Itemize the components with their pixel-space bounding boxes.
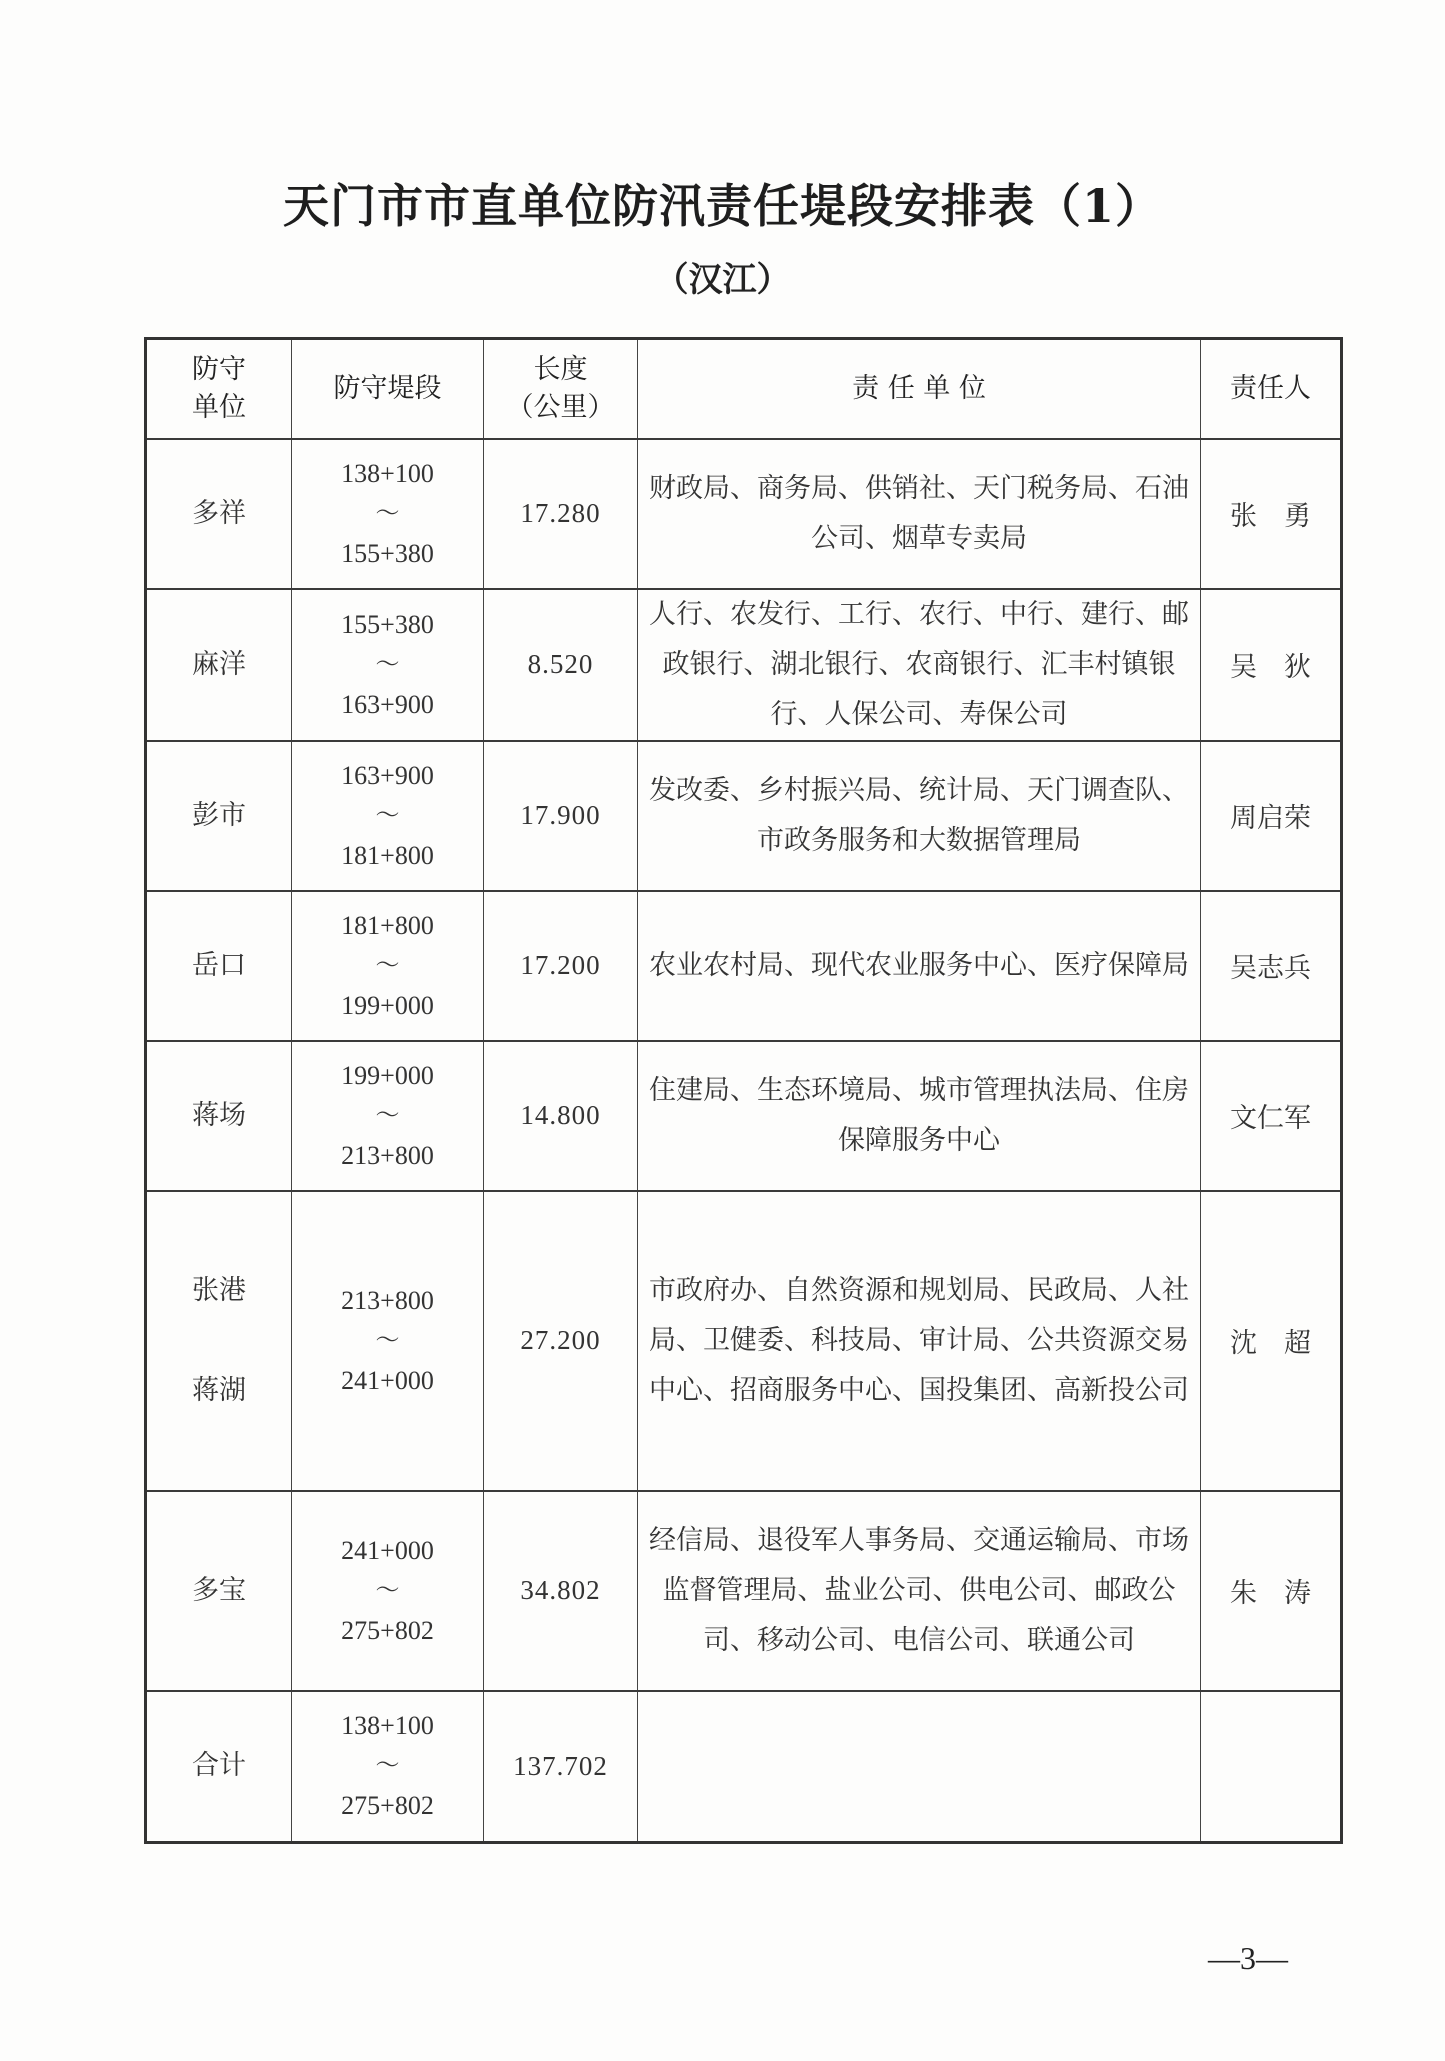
cell-orgs: 农业农村局、现代农业服务中心、医疗保障局 [638, 891, 1201, 1041]
cell-length: 17.900 [484, 741, 638, 891]
table-row: 麻洋 155+380 ～ 163+900 8.520 人行、农发行、工行、农行、… [146, 589, 1342, 741]
table-row: 蒋场 199+000 ～ 213+800 14.800 住建局、生态环境局、城市… [146, 1041, 1342, 1191]
cell-unit: 多宝 [146, 1491, 292, 1691]
cell-person: 张 勇 [1201, 439, 1342, 589]
cell-person: 文仁军 [1201, 1041, 1342, 1191]
cell-orgs: 发改委、乡村振兴局、统计局、天门调查队、市政务服务和大数据管理局 [638, 741, 1201, 891]
cell-length: 137.702 [484, 1691, 638, 1843]
table-total-row: 合计 138+100 ～ 275+802 137.702 [146, 1691, 1342, 1843]
cell-unit: 彭市 [146, 741, 292, 891]
document-subtitle: （汉江） [0, 252, 1445, 301]
cell-orgs: 市政府办、自然资源和规划局、民政局、人社局、卫健委、科技局、审计局、公共资源交易… [638, 1191, 1201, 1491]
table-row: 多宝 241+000 ～ 275+802 34.802 经信局、退役军人事务局、… [146, 1491, 1342, 1691]
table-row: 张港 蒋湖 213+800 ～ 241+000 27.200 市政府办、自然资源… [146, 1191, 1342, 1491]
cell-unit: 多祥 [146, 439, 292, 589]
cell-unit: 合计 [146, 1691, 292, 1843]
cell-orgs [638, 1691, 1201, 1843]
cell-segment: 181+800 ～ 199+000 [292, 891, 484, 1041]
header-defense-segment: 防守堤段 [292, 339, 484, 439]
cell-person: 周启荣 [1201, 741, 1342, 891]
cell-unit: 蒋场 [146, 1041, 292, 1191]
document-title: 天门市市直单位防汛责任堤段安排表（1） [0, 170, 1445, 236]
cell-segment: 241+000 ～ 275+802 [292, 1491, 484, 1691]
cell-orgs: 人行、农发行、工行、农行、中行、建行、邮政银行、湖北银行、农商银行、汇丰村镇银行… [638, 589, 1201, 741]
cell-length: 17.200 [484, 891, 638, 1041]
cell-orgs: 财政局、商务局、供销社、天门税务局、石油公司、烟草专卖局 [638, 439, 1201, 589]
cell-person: 朱 涛 [1201, 1491, 1342, 1691]
cell-segment: 163+900 ～ 181+800 [292, 741, 484, 891]
cell-orgs: 经信局、退役军人事务局、交通运输局、市场监督管理局、盐业公司、供电公司、邮政公司… [638, 1491, 1201, 1691]
cell-length: 27.200 [484, 1191, 638, 1491]
cell-length: 34.802 [484, 1491, 638, 1691]
cell-unit: 岳口 [146, 891, 292, 1041]
cell-segment: 199+000 ～ 213+800 [292, 1041, 484, 1191]
header-length: 长度 （公里） [484, 339, 638, 439]
table-row: 彭市 163+900 ～ 181+800 17.900 发改委、乡村振兴局、统计… [146, 741, 1342, 891]
cell-segment: 155+380 ～ 163+900 [292, 589, 484, 741]
cell-segment: 138+100 ～ 155+380 [292, 439, 484, 589]
page-number: —3— [1208, 1940, 1288, 1977]
cell-person [1201, 1691, 1342, 1843]
table-header-row: 防守 单位 防守堤段 长度 （公里） 责 任 单 位 责任人 [146, 339, 1342, 439]
table-row: 多祥 138+100 ～ 155+380 17.280 财政局、商务局、供销社、… [146, 439, 1342, 589]
header-responsible-orgs: 责 任 单 位 [638, 339, 1201, 439]
cell-length: 8.520 [484, 589, 638, 741]
cell-segment: 138+100 ～ 275+802 [292, 1691, 484, 1843]
cell-length: 14.800 [484, 1041, 638, 1191]
flood-responsibility-table: 防守 单位 防守堤段 长度 （公里） 责 任 单 位 责任人 多祥 138+10… [144, 337, 1343, 1844]
cell-segment: 213+800 ～ 241+000 [292, 1191, 484, 1491]
table-row: 岳口 181+800 ～ 199+000 17.200 农业农村局、现代农业服务… [146, 891, 1342, 1041]
cell-orgs: 住建局、生态环境局、城市管理执法局、住房保障服务中心 [638, 1041, 1201, 1191]
header-defense-unit: 防守 单位 [146, 339, 292, 439]
cell-unit: 麻洋 [146, 589, 292, 741]
cell-unit: 张港 蒋湖 [146, 1191, 292, 1491]
cell-person: 吴志兵 [1201, 891, 1342, 1041]
cell-length: 17.280 [484, 439, 638, 589]
header-person: 责任人 [1201, 339, 1342, 439]
cell-person: 沈 超 [1201, 1191, 1342, 1491]
cell-person: 吴 狄 [1201, 589, 1342, 741]
